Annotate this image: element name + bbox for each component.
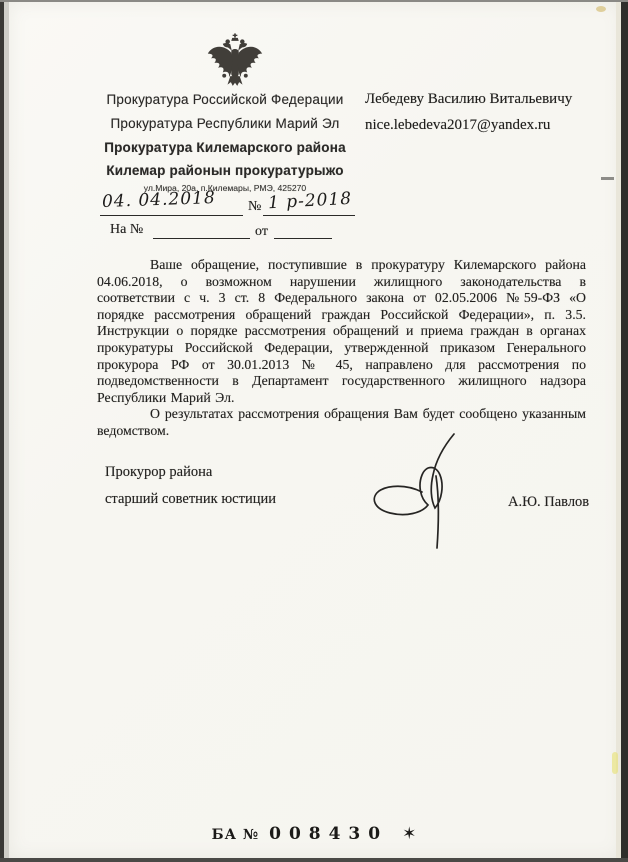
body-line: прокурора РФ от 30.01.2013 № 45, направл…	[97, 357, 586, 374]
body-line: соответствии с ч. 3 ст. 8 Федерального з…	[97, 290, 586, 307]
date-underline	[100, 215, 243, 216]
form-digits: 008430	[269, 824, 388, 844]
letterhead: Прокуратура Российской Федерации Прокура…	[58, 88, 392, 195]
body-line: порядке рассмотрения обращений граждан Р…	[97, 307, 586, 324]
scan-artifact	[601, 177, 614, 180]
scan-edge-right	[621, 0, 628, 862]
scan-edge-top	[0, 0, 628, 2]
signer-position-line1: Прокурор района	[105, 464, 212, 481]
scanned-letter: Прокуратура Российской Федерации Прокура…	[0, 0, 628, 862]
letter-body: Ваше обращение, поступившие в прокуратур…	[97, 257, 586, 440]
star-icon: ✶	[402, 824, 416, 844]
scan-edge-left	[4, 0, 9, 862]
handwritten-signature	[366, 430, 478, 550]
body-line: Республики Марий Эл.	[97, 390, 586, 407]
scan-artifact	[612, 752, 618, 774]
scan-edge-bottom	[0, 858, 628, 862]
form-series: БА №	[212, 827, 259, 843]
number-underline	[263, 215, 355, 216]
scan-artifact	[596, 6, 606, 12]
body-line: прокуратуры Российской Федерации, утверж…	[97, 340, 586, 357]
recipient-name: Лебедеву Василию Витальевичу	[365, 90, 572, 108]
org-line-district-mari: Килемар районын прокуратурыжо	[58, 159, 392, 182]
body-line: Инструкции о порядке рассмотрения обраще…	[97, 323, 586, 340]
russia-coat-of-arms-icon	[203, 33, 267, 93]
signer-position-line2: старший советник юстиции	[105, 491, 276, 508]
org-line-district: Прокуратура Килемарского района	[58, 136, 392, 159]
body-line: Ваше обращение, поступившие в прокуратур…	[97, 257, 586, 274]
na-number-label: На №	[110, 222, 143, 238]
body-line: 04.06.2018, о возможном нарушении жилищн…	[97, 274, 586, 291]
ot-underline	[274, 238, 332, 239]
org-line-federation: Прокуратура Российской Федерации	[58, 88, 392, 112]
body-line: ведомством.	[97, 423, 586, 440]
ot-label: от	[255, 224, 268, 240]
number-sign: №	[248, 199, 261, 215]
body-line: подведомственности в Департамент государ…	[97, 373, 586, 390]
body-line: О результатах рассмотрения обращения Вам…	[97, 406, 586, 423]
form-number: БА № 008430 ✶	[0, 824, 628, 844]
na-underline	[153, 238, 250, 239]
recipient-email: nice.lebedeva2017@yandex.ru	[365, 116, 572, 134]
signer-name: А.Ю. Павлов	[508, 494, 589, 511]
org-line-republic: Прокуратура Республики Марий Эл	[58, 112, 392, 136]
recipient-block: Лебедеву Василию Витальевичу nice.lebede…	[365, 90, 572, 134]
handwritten-date: 04. 04.2018	[102, 188, 216, 212]
